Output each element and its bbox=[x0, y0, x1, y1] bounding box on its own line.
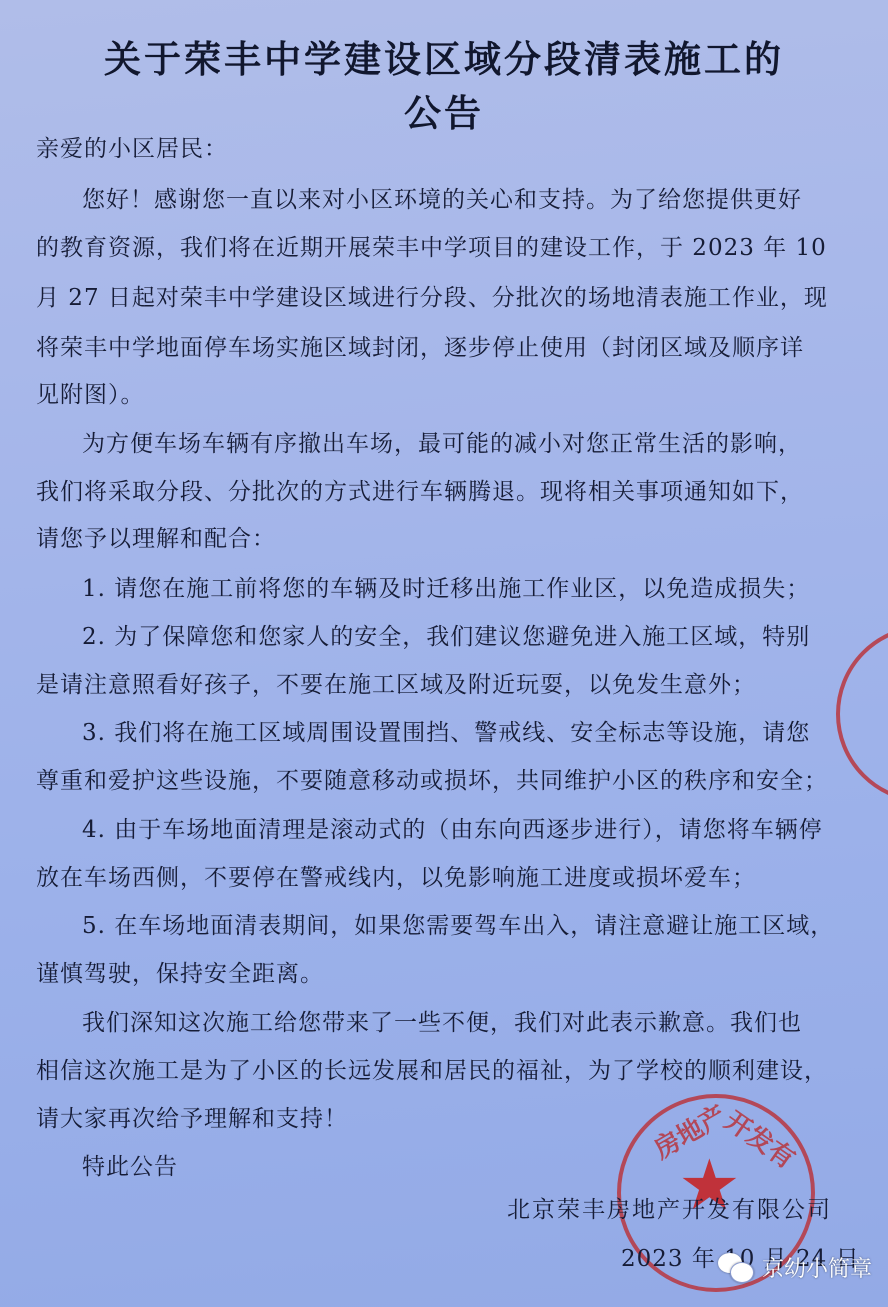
closing-remark: 特此公告 bbox=[82, 1152, 178, 1182]
wechat-icon bbox=[718, 1253, 758, 1283]
list-item-5: 5. 在车场地面清表期间，如果您需要驾车出入，请注意避让施工区域， bbox=[82, 911, 834, 941]
watermark: 京幼小简章 bbox=[718, 1252, 872, 1283]
paragraph-1-line: 的教育资源，我们将在近期开展荣丰中学项目的建设工作，于 2023 年 10 bbox=[36, 233, 827, 263]
paragraph-1-line: 月 27 日起对荣丰中学建设区域进行分段、分批次的场地清表施工作业，现 bbox=[36, 283, 828, 313]
title-line-1: 关于荣丰中学建设区域分段清表施工的 bbox=[104, 38, 784, 81]
list-item-3-cont: 尊重和爱护这些设施，不要随意移动或损坏，共同维护小区的秩序和安全； bbox=[36, 766, 828, 796]
list-item-4: 4. 由于车场地面清理是滚动式的（由东向西逐步进行），请您将车辆停 bbox=[82, 815, 823, 845]
list-item-1: 1. 请您在施工前将您的车辆及时迁移出施工作业区，以免造成损失； bbox=[82, 574, 810, 604]
paragraph-2-line: 为方便车场车辆有序撤出车场，最可能的减小对您正常生活的影响， bbox=[82, 429, 802, 459]
list-item-2-cont: 是请注意照看好孩子，不要在施工区域及附近玩耍，以免发生意外； bbox=[36, 670, 756, 700]
closing-paragraph-line: 相信这次施工是为了小区的长远发展和居民的福祉，为了学校的顺利建设， bbox=[36, 1056, 828, 1086]
signature-company: 北京荣丰房地产开发有限公司 bbox=[507, 1195, 832, 1225]
list-item-3: 3. 我们将在施工区域周围设置围挡、警戒线、安全标志等设施，请您 bbox=[82, 718, 810, 748]
paragraph-1-line: 您好！感谢您一直以来对小区环境的关心和支持。为了给您提供更好 bbox=[82, 185, 802, 215]
salutation: 亲爱的小区居民： bbox=[36, 134, 228, 164]
closing-paragraph-line: 我们深知这次施工给您带来了一些不便，我们对此表示歉意。我们也 bbox=[82, 1008, 802, 1038]
paragraph-1-line: 见附图）。 bbox=[36, 380, 145, 410]
notice-title: 关于荣丰中学建设区域分段清表施工的 公告 bbox=[0, 34, 888, 140]
list-item-5-cont: 谨慎驾驶，保持安全距离。 bbox=[36, 959, 324, 989]
watermark-label: 京幼小简章 bbox=[762, 1252, 872, 1283]
title-line-2: 公告 bbox=[0, 88, 888, 140]
paragraph-2-line: 请您予以理解和配合： bbox=[36, 524, 276, 554]
list-item-2: 2. 为了保障您和您家人的安全，我们建议您避免进入施工区域，特别 bbox=[82, 622, 810, 652]
paragraph-1-line: 将荣丰中学地面停车场实施区域封闭，逐步停止使用（封闭区域及顺序详 bbox=[36, 333, 804, 363]
closing-paragraph-line: 请大家再次给予理解和支持！ bbox=[36, 1104, 348, 1134]
company-seal-partial bbox=[836, 625, 888, 803]
paragraph-2-line: 我们将采取分段、分批次的方式进行车辆腾退。现将相关事项通知如下， bbox=[36, 477, 804, 507]
list-item-4-cont: 放在车场西侧，不要停在警戒线内，以免影响施工进度或损坏爱车； bbox=[36, 863, 756, 893]
